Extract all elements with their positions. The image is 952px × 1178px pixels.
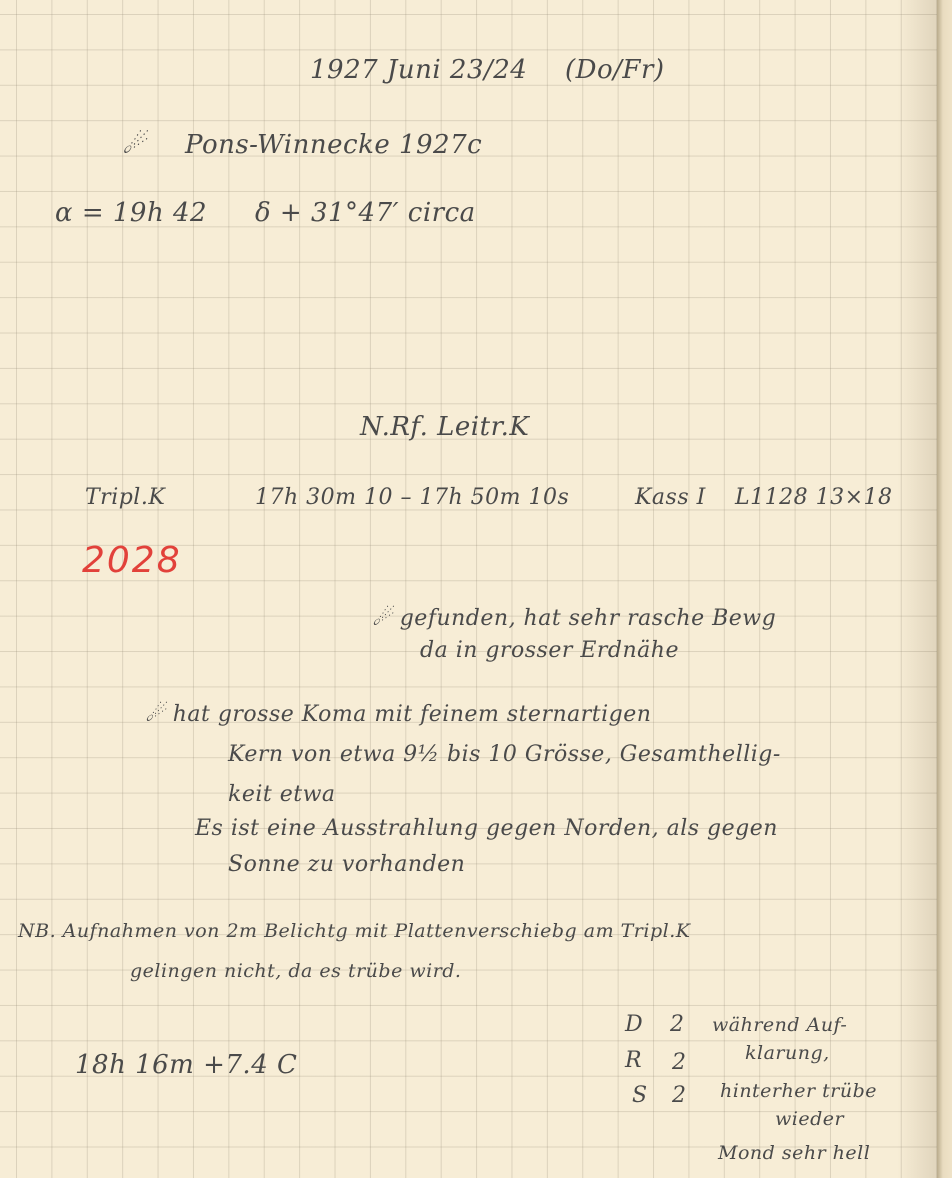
seeing-r-label: R [625, 1048, 642, 1073]
temperature-reading: 18h 16m +7.4 C [75, 1050, 297, 1080]
plate-number: 2028 [82, 540, 182, 581]
remark-line-2: da in grosser Erdnähe [420, 638, 679, 663]
entry-date: 1927 Juni 23/24 [310, 55, 527, 85]
exposure-time-range: 17h 30m 10 – 17h 50m 10s [255, 485, 569, 510]
right-ascension: α = 19h 42 [55, 198, 207, 228]
seeing-r-comment: klarung, [745, 1042, 830, 1064]
seeing-d-label: D [625, 1012, 643, 1037]
seeing-s-value: 2 [672, 1083, 687, 1108]
page-edge [937, 0, 952, 1178]
description-line-5: Sonne zu vorhanden [228, 852, 465, 877]
seeing-d-comment: während Auf- [712, 1014, 847, 1036]
exposure-instrument: Tripl.K [85, 485, 165, 510]
description-line-4: Es ist eine Ausstrahlung gegen Norden, a… [195, 816, 778, 841]
seeing-r-value: 2 [672, 1050, 687, 1075]
seeing-s-label: S [632, 1083, 648, 1108]
description-line-1: ☄ hat grosse Koma mit feinem sternartige… [145, 702, 651, 727]
description-line-2: Kern von etwa 9½ bis 10 Grösse, Gesamthe… [228, 742, 781, 767]
seeing-trailer-1: wieder [775, 1108, 844, 1130]
remark-line-1: ☄ gefunden, hat sehr rasche Bewg [372, 606, 776, 631]
seeing-trailer-2: Mond sehr hell [718, 1142, 870, 1164]
entry-weekday: (Do/Fr) [565, 55, 665, 85]
comet-name: Pons-Winnecke 1927c [185, 130, 482, 160]
description-line-3: keit etwa [228, 782, 336, 807]
seeing-s-comment: hinterher trübe [720, 1080, 877, 1102]
note-line-1: NB. Aufnahmen von 2m Belichtg mit Platte… [18, 920, 690, 942]
declination: δ + 31°47′ circa [255, 198, 476, 228]
note-line-2: gelingen nicht, da es trübe wird. [130, 960, 461, 982]
instrument-heading: N.Rf. Leitr.K [360, 412, 529, 442]
seeing-d-value: 2 [670, 1012, 685, 1037]
exposure-plate: L1128 13×18 [735, 485, 893, 510]
exposure-cassette: Kass I [635, 485, 706, 510]
comet-symbol-icon: ☄ [122, 130, 146, 160]
notebook-page: 1927 Juni 23/24 (Do/Fr) ☄ Pons-Winnecke … [0, 0, 937, 1178]
